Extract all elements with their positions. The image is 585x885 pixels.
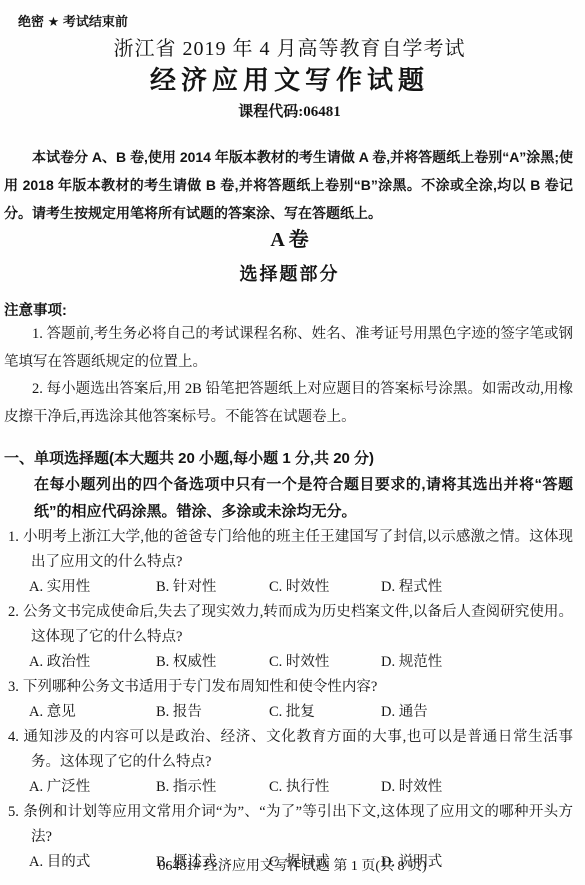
option-b: B. 针对性 xyxy=(156,575,269,600)
question-body: 条例和计划等应用文常用介词“为”、“为了”等引出下文,这体现了应用文的哪种开头方… xyxy=(23,804,573,845)
option-d: D. 程式性 xyxy=(381,575,575,600)
option-a: A. 广泛性 xyxy=(29,775,156,800)
intro-paragraph: 本试卷分 A、B 卷,使用 2014 年版本教材的考生请做 A 卷,并将答题纸上… xyxy=(4,143,573,227)
option-b: B. 指示性 xyxy=(156,775,269,800)
option-d: D. 通告 xyxy=(381,700,575,725)
question-item: 1.小明考上浙江大学,他的爸爸专门给他的班主任王建国写了封信,以示感激之情。这体… xyxy=(4,525,575,600)
note-item-2: 2. 每小题选出答案后,用 2B 铅笔把答题纸上对应题目的答案标号涂黑。如需改动… xyxy=(4,376,573,431)
question-text: 3.下列哪种公务文书适用于专门发布周知性和使令性内容? xyxy=(4,675,573,700)
question-number: 2. xyxy=(8,604,19,620)
question-item: 4.通知涉及的内容可以是政治、经济、文化教育方面的大事,也可以是普通日常生活事务… xyxy=(4,725,575,800)
option-d: D. 规范性 xyxy=(381,650,575,675)
option-a: A. 意见 xyxy=(29,700,156,725)
question-body: 下列哪种公务文书适用于专门发布周知性和使令性内容? xyxy=(23,679,377,695)
question-text: 5.条例和计划等应用文常用介词“为”、“为了”等引出下文,这体现了应用文的哪种开… xyxy=(4,800,573,850)
options-row: A. 政治性 B. 权威性 C. 时效性 D. 规范性 xyxy=(4,650,575,675)
question-text: 2.公务文书完成使命后,失去了现实效力,转而成为历史档案文件,以备后人查阅研究使… xyxy=(4,600,573,650)
question-text: 1.小明考上浙江大学,他的爸爸专门给他的班主任王建国写了封信,以示感激之情。这体… xyxy=(4,525,573,575)
option-d: D. 时效性 xyxy=(381,775,575,800)
note-item-1: 1. 答题前,考生务必将自己的考试课程名称、姓名、准考证号用黑色字迹的签字笔或钢… xyxy=(4,321,573,376)
options-row: A. 广泛性 B. 指示性 C. 执行性 D. 时效性 xyxy=(4,775,575,800)
option-a: A. 实用性 xyxy=(29,575,156,600)
section-a-heading: A 卷 xyxy=(4,228,575,252)
option-b: B. 权威性 xyxy=(156,650,269,675)
question-number: 5. xyxy=(8,804,19,820)
option-c: C. 时效性 xyxy=(269,575,381,600)
question-body: 通知涉及的内容可以是政治、经济、文化教育方面的大事,也可以是普通日常生活事务。这… xyxy=(23,729,573,770)
options-row: A. 意见 B. 报告 C. 批复 D. 通告 xyxy=(4,700,575,725)
option-c: C. 批复 xyxy=(269,700,381,725)
notes-title: 注意事项: xyxy=(4,301,575,321)
part1-heading: 一、单项选择题(本大题共 20 小题,每小题 1 分,共 20 分) xyxy=(4,449,575,469)
question-item: 2.公务文书完成使命后,失去了现实效力,转而成为历史档案文件,以备后人查阅研究使… xyxy=(4,600,575,675)
page-footer: 06481# 经济应用文写作试题 第 1 页(共 8 页) xyxy=(0,858,585,875)
question-number: 3. xyxy=(8,679,19,695)
choice-section-heading: 选择题部分 xyxy=(4,264,575,285)
classification-label: 绝密 ★ 考试结束前 xyxy=(18,14,575,29)
option-c: C. 执行性 xyxy=(269,775,381,800)
option-a: A. 政治性 xyxy=(29,650,156,675)
exam-title: 浙江省 2019 年 4 月高等教育自学考试 xyxy=(4,38,575,61)
exam-paper-page: 绝密 ★ 考试结束前 浙江省 2019 年 4 月高等教育自学考试 经济应用文写… xyxy=(0,0,585,885)
paper-title: 经济应用文写作试题 xyxy=(4,65,575,95)
option-b: B. 报告 xyxy=(156,700,269,725)
question-item: 3.下列哪种公务文书适用于专门发布周知性和使令性内容? A. 意见 B. 报告 … xyxy=(4,675,575,725)
question-body: 小明考上浙江大学,他的爸爸专门给他的班主任王建国写了封信,以示感激之情。这体现出… xyxy=(23,529,573,570)
question-body: 公务文书完成使命后,失去了现实效力,转而成为历史档案文件,以备后人查阅研究使用。… xyxy=(23,604,573,645)
part1-instruction: 在每小题列出的四个备选项中只有一个是符合题目要求的,请将其选出并将“答题纸”的相… xyxy=(4,471,573,525)
course-code: 课程代码:06481 xyxy=(4,103,575,121)
question-text: 4.通知涉及的内容可以是政治、经济、文化教育方面的大事,也可以是普通日常生活事务… xyxy=(4,725,573,775)
question-number: 4. xyxy=(8,729,19,745)
options-row: A. 实用性 B. 针对性 C. 时效性 D. 程式性 xyxy=(4,575,575,600)
question-number: 1. xyxy=(8,529,19,545)
option-c: C. 时效性 xyxy=(269,650,381,675)
